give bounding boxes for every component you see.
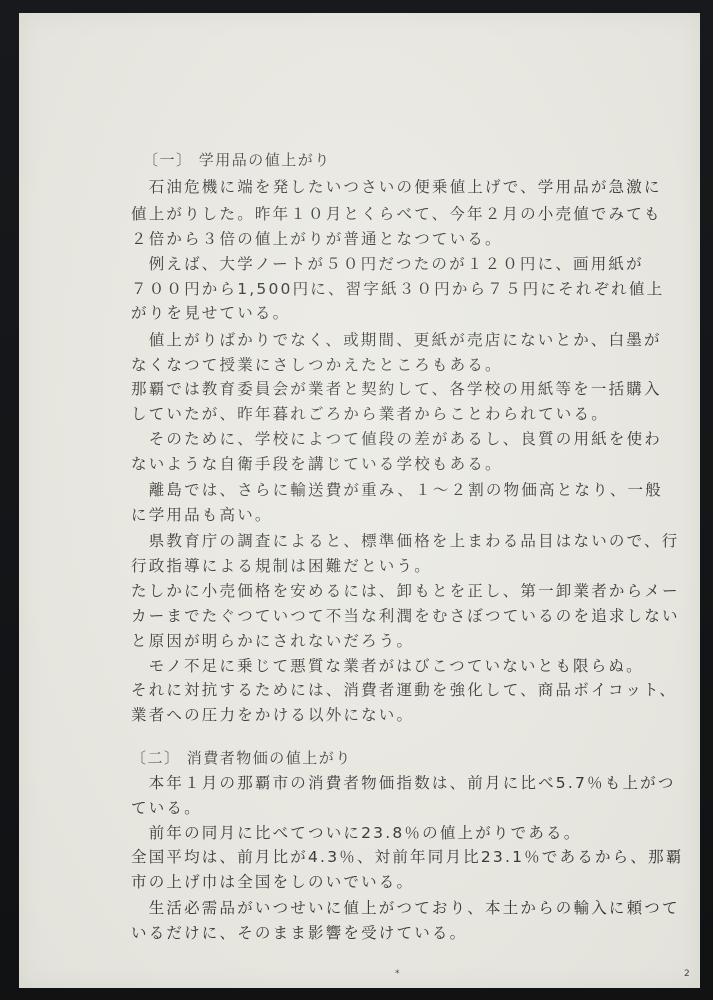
section-1-line: ないような自衛手段を講じている学校もある。 [131,457,503,473]
section-1-heading: 〔一〕 学用品の値上がり [143,153,331,168]
section-1-line: 石油危機に端を発したいつさいの便乗値上げで、学用品が急激に [131,180,662,196]
section-1-line: 行政指導による規制は困難だという。 [131,559,432,575]
section-1-line: 県教育庁の調査によると、標準価格を上まわる品目はないので、行 [131,534,679,550]
section-1-line: 例えば、大学ノートが５０円だつたのが１２０円に、画用紙が [131,257,644,273]
section-1-line: たしかに小売価格を安めるには、卸もとを正し、第一卸業者からメー [131,584,680,600]
section-2-line: 生活必需品がいつせいに値上がつており、本土からの輸入に頼つて [131,901,680,917]
section-2-line: 本年１月の那覇市の消費者物価指数は、前月に比べ5.7％も上がつ [131,776,676,792]
page-number: 2 [684,969,690,979]
section-1-line: していたが、昨年暮れごろから業者からことわられている。 [131,407,609,423]
section-1-line: それに対抗するためには、消費者運動を強化して、商品ボイコット、 [131,683,677,699]
center-mark: * [395,969,400,979]
section-2-line: 市の上げ巾は全国をしのいでいる。 [131,875,414,891]
section-2-line: 全国平均は、前月比が4.3％、対前年同月比23.1％であるから、那覇 [131,850,683,866]
section-2-line: 前年の同月に比べてついに23.8％の値上がりである。 [131,826,581,842]
section-1-line: がりを見せている。 [131,306,290,322]
section-1-line: カーまでたぐつていつて不当な利潤をむさぼつているのを追求しない [131,609,680,625]
section-1-line: に学用品も高い。 [131,508,273,524]
section-1-line: 値上がりした。昨年１０月とくらべて、今年２月の小売値でみても [131,207,662,223]
section-2-heading: 〔二〕 消費者物価の値上がり [131,751,352,766]
section-1-line: モノ不足に乗じて悪質な業者がはびこつていないとも限らぬ。 [131,659,644,675]
section-2-line: いるだけに、そのまま影響を受けている。 [131,926,467,942]
section-1-line: 値上がりばかりでなく、或期間、更紙が売店にないとか、白墨が [131,333,662,349]
section-1-line: 離島では、さらに輸送費が重み、１～２割の物価高となり、一般 [131,483,663,499]
section-1-line: と原因が明らかにされないだろう。 [131,634,414,650]
document-page: 〔一〕 学用品の値上がり 石油危機に端を発したいつさいの便乗値上げで、学用品が急… [19,13,700,988]
section-1-line: ７００円から1,500円に、習字紙３０円から７５円にそれぞれ値上 [131,282,664,298]
section-2-line: ている。 [131,801,202,817]
section-1-line: なくなつて授業にさしつかえたところもある。 [131,358,503,374]
section-1-line: 那覇では教育委員会が業者と契約して、各学校の用紙等を一括購入 [131,382,662,398]
section-1-line: ２倍から３倍の値上がりが普通となつている。 [131,232,503,248]
section-1-line: 業者への圧力をかける以外にない。 [131,708,414,724]
section-1-line: そのために、学校によつて値段の差があるし、良質の用紙を使わ [131,432,662,448]
